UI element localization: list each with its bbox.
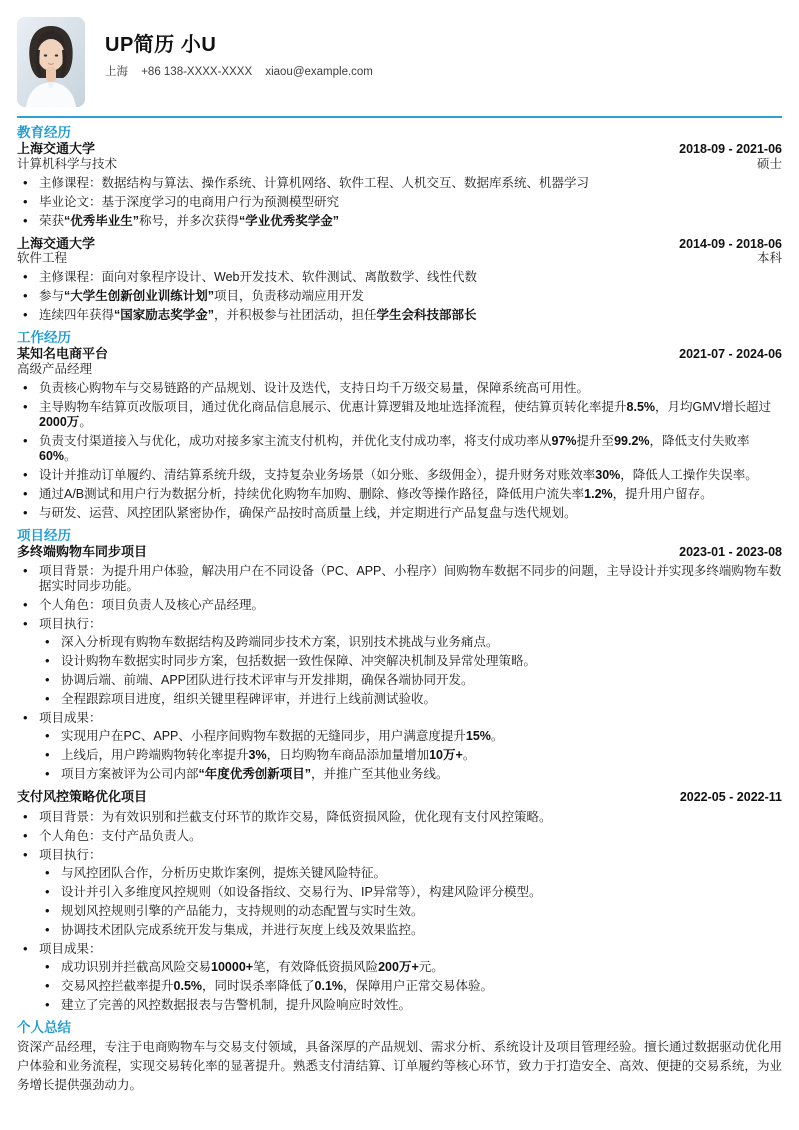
text-segment: 主导购物车结算页改版项目，通过优化商品信息展示、优惠计算逻辑及地址选择流程，使结… (39, 400, 627, 414)
contact-line: 上海 +86 138-XXXX-XXXX xiaou@example.com (105, 65, 373, 79)
entry: 上海交通大学2014-09 - 2018-06软件工程本科主修课程：面向对象程序… (17, 237, 782, 324)
section-title-education: 教育经历 (17, 126, 782, 140)
text-segment: 项目成果： (39, 942, 102, 956)
bullet-item: 项目执行：深入分析现有购物车数据结构及跨端同步技术方案，识别技术挑战与业务痛点。… (17, 617, 782, 707)
section-title-projects: 项目经历 (17, 529, 782, 543)
highlight-text: 30% (595, 468, 620, 482)
entry-title: 上海交通大学 (17, 237, 95, 251)
bullet-list: 负责核心购物车与交易链路的产品规划、设计及迭代，支持日均千万级交易量，保障系统高… (17, 381, 782, 521)
text-segment: 项目执行： (39, 617, 102, 631)
text-segment: 主修课程：面向对象程序设计、Web开发技术、软件测试、离散数学、线性代数 (39, 270, 477, 284)
text-segment: 。 (463, 748, 476, 762)
portrait-illustration (17, 17, 85, 107)
candidate-name: UP简历 小U (105, 34, 373, 56)
text-segment: 与研发、运营、风控团队紧密协作，确保产品按时高质量上线，并定期进行产品复盘与迭代… (39, 506, 577, 520)
text-segment: 交易风控拦截率提升 (61, 979, 174, 993)
bullet-list: 项目背景：为有效识别和拦截支付环节的欺诈交易，降低资损风险，优化现有支付风控策略… (17, 810, 782, 1013)
sub-bullet-item: 设计购物车数据实时同步方案，包括数据一致性保障、冲突解决机制及异常处理策略。 (39, 654, 782, 669)
text-segment: 项目背景：为提升用户体验，解决用户在不同设备（PC、APP、小程序）间购物车数据… (39, 564, 781, 593)
text-segment: 连续四年获得 (39, 308, 114, 322)
text-segment: 建立了完善的风控数据报表与告警机制，提升风险响应时效性。 (61, 998, 411, 1012)
entry: 多终端购物车同步项目2023-01 - 2023-08项目背景：为提升用户体验，… (17, 545, 782, 783)
entry-title: 支付风控策略优化项目 (17, 790, 147, 804)
entry-date: 2021-07 - 2024-06 (679, 348, 782, 362)
bullet-list: 主修课程：数据结构与算法、操作系统、计算机网络、软件工程、人机交互、数据库系统、… (17, 176, 782, 229)
bullet-item: 个人角色：支付产品负责人。 (17, 829, 782, 844)
text-segment: 设计并引入多维度风控规则（如设备指纹、交易行为、IP异常等），构建风险评分模型。 (61, 885, 542, 899)
text-segment: 深入分析现有购物车数据结构及跨端同步技术方案，识别技术挑战与业务痛点。 (61, 635, 499, 649)
text-segment: 上线后，用户跨端购物转化率提升 (61, 748, 249, 762)
text-segment: 个人角色：项目负责人及核心产品经理。 (39, 598, 264, 612)
text-segment: ，同时误杀率降低了 (202, 979, 315, 993)
entry-head: 某知名电商平台2021-07 - 2024-06 (17, 347, 782, 362)
entry-subtitle: 计算机科学与技术 (17, 158, 117, 171)
text-segment: 设计并推动订单履约、清结算系统升级，支持复杂业务场景（如分账、多级佣金），提升财… (39, 468, 595, 482)
sub-bullet-list: 实现用户在PC、APP、小程序间购物车数据的无缝同步，用户满意度提升15%。上线… (39, 729, 782, 782)
highlight-text: 0.5% (174, 979, 203, 993)
sub-bullet-item: 上线后，用户跨端购物转化率提升3%，日均购物车商品添加量增加10万+。 (39, 748, 782, 763)
highlight-text: 10万+ (429, 748, 463, 762)
bullet-item: 与研发、运营、风控团队紧密协作，确保产品按时高质量上线，并定期进行产品复盘与迭代… (17, 506, 782, 521)
entry-date: 2018-09 - 2021-06 (679, 143, 782, 157)
entry-subtitle-row: 软件工程本科 (17, 252, 782, 265)
entry-title: 某知名电商平台 (17, 347, 108, 361)
bullet-item: 项目成果：成功识别并拦截高风险交易10000+笔，有效降低资损风险200万+元。… (17, 942, 782, 1013)
highlight-text: 15% (466, 729, 491, 743)
text-segment: 。 (64, 449, 77, 463)
section-work: 工作经历某知名电商平台2021-07 - 2024-06高级产品经理负责核心购物… (17, 331, 782, 521)
text-segment: 元。 (419, 960, 444, 974)
section-title-work: 工作经历 (17, 331, 782, 345)
text-segment: 荣获 (39, 214, 64, 228)
text-segment: 负责支付渠道接入与优化，成功对接多家主流支付机构，并优化支付成功率，将支付成功率… (39, 434, 552, 448)
text-segment: 项目成果： (39, 711, 102, 725)
text-segment: 项目，负责移动端应用开发 (214, 289, 364, 303)
entry-subtitle: 软件工程 (17, 252, 67, 265)
entry-head: 上海交通大学2018-09 - 2021-06 (17, 142, 782, 157)
text-segment: ，并推广至其他业务线。 (311, 767, 449, 781)
sub-bullet-item: 协调技术团队完成系统开发与集成，并进行灰度上线及效果监控。 (39, 923, 782, 938)
header-text: UP简历 小U 上海 +86 138-XXXX-XXXX xiaou@examp… (105, 17, 373, 107)
highlight-text: 97% (552, 434, 577, 448)
sub-bullet-list: 成功识别并拦截高风险交易10000+笔，有效降低资损风险200万+元。交易风控拦… (39, 960, 782, 1013)
bullet-list: 主修课程：面向对象程序设计、Web开发技术、软件测试、离散数学、线性代数参与“大… (17, 270, 782, 323)
entry-subtitle: 高级产品经理 (17, 363, 92, 376)
text-segment: 通过A/B测试和用户行为数据分析，持续优化购物车加购、删除、修改等操作路径，降低… (39, 487, 584, 501)
text-segment: ，提升用户留存。 (613, 487, 713, 501)
highlight-text: 2000万 (39, 415, 79, 429)
contact-email: xiaou@example.com (265, 66, 373, 78)
highlight-text: “优秀毕业生” (64, 214, 139, 228)
contact-location: 上海 (105, 66, 128, 78)
header-divider (17, 116, 782, 118)
entry: 某知名电商平台2021-07 - 2024-06高级产品经理负责核心购物车与交易… (17, 347, 782, 521)
bullet-item: 负责支付渠道接入与优化，成功对接多家主流支付机构，并优化支付成功率，将支付成功率… (17, 434, 782, 464)
highlight-text: 1.2% (584, 487, 613, 501)
text-segment: ，月均GMV增长超过 (655, 400, 771, 414)
sub-bullet-item: 设计并引入多维度风控规则（如设备指纹、交易行为、IP异常等），构建风险评分模型。 (39, 885, 782, 900)
entry-date: 2014-09 - 2018-06 (679, 238, 782, 252)
text-segment: 主修课程：数据结构与算法、操作系统、计算机网络、软件工程、人机交互、数据库系统、… (39, 176, 589, 190)
sub-bullet-item: 建立了完善的风控数据报表与告警机制，提升风险响应时效性。 (39, 998, 782, 1013)
entry-subtitle-row: 计算机科学与技术硕士 (17, 158, 782, 171)
highlight-text: 0.1% (315, 979, 344, 993)
text-segment: 协调后端、前端、APP团队进行技术评审与开发排期，确保各端协同开发。 (61, 673, 474, 687)
text-segment: 负责核心购物车与交易链路的产品规划、设计及迭代，支持日均千万级交易量，保障系统高… (39, 381, 589, 395)
resume-body: 教育经历上海交通大学2018-09 - 2021-06计算机科学与技术硕士主修课… (17, 126, 782, 1095)
entry-head: 上海交通大学2014-09 - 2018-06 (17, 237, 782, 252)
text-segment: 称号，并多次获得 (139, 214, 239, 228)
bullet-item: 项目执行：与风控团队合作，分析历史欺诈案例，提炼关键风险特征。设计并引入多维度风… (17, 848, 782, 938)
bullet-item: 主修课程：面向对象程序设计、Web开发技术、软件测试、离散数学、线性代数 (17, 270, 782, 285)
contact-phone: +86 138-XXXX-XXXX (141, 66, 252, 78)
text-segment: 提升至 (577, 434, 615, 448)
text-segment: 个人角色：支付产品负责人。 (39, 829, 202, 843)
entry-subtitle-row: 高级产品经理 (17, 363, 782, 376)
sub-bullet-list: 与风控团队合作，分析历史欺诈案例，提炼关键风险特征。设计并引入多维度风控规则（如… (39, 866, 782, 938)
text-segment: 规划风控规则引擎的产品能力，支持规则的动态配置与实时生效。 (61, 904, 424, 918)
entry: 支付风控策略优化项目2022-05 - 2022-11项目背景：为有效识别和拦截… (17, 790, 782, 1013)
highlight-text: 学生会科技部部长 (377, 308, 477, 322)
highlight-text: “大学生创新创业训练计划” (64, 289, 214, 303)
bullet-item: 项目成果：实现用户在PC、APP、小程序间购物车数据的无缝同步，用户满意度提升1… (17, 711, 782, 782)
bullet-item: 设计并推动订单履约、清结算系统升级，支持复杂业务场景（如分账、多级佣金），提升财… (17, 468, 782, 483)
bullet-item: 主修课程：数据结构与算法、操作系统、计算机网络、软件工程、人机交互、数据库系统、… (17, 176, 782, 191)
text-segment: ，保障用户正常交易体验。 (343, 979, 493, 993)
text-segment: 与风控团队合作，分析历史欺诈案例，提炼关键风险特征。 (61, 866, 386, 880)
bullet-item: 参与“大学生创新创业训练计划”项目，负责移动端应用开发 (17, 289, 782, 304)
text-segment: ，降低人工操作失误率。 (620, 468, 758, 482)
resume-header: UP简历 小U 上海 +86 138-XXXX-XXXX xiaou@examp… (17, 17, 782, 107)
bullet-item: 毕业论文：基于深度学习的电商用户行为预测模型研究 (17, 195, 782, 210)
highlight-text: “年度优秀创新项目” (199, 767, 312, 781)
entry-subtitle-right: 本科 (757, 252, 782, 265)
sub-bullet-list: 深入分析现有购物车数据结构及跨端同步技术方案，识别技术挑战与业务痛点。设计购物车… (39, 635, 782, 707)
sub-bullet-item: 全程跟踪项目进度，组织关键里程碑评审，并进行上线前测试验收。 (39, 692, 782, 707)
text-segment: 毕业论文：基于深度学习的电商用户行为预测模型研究 (39, 195, 339, 209)
highlight-text: 60% (39, 449, 64, 463)
entry-head: 支付风控策略优化项目2022-05 - 2022-11 (17, 790, 782, 805)
text-segment: 协调技术团队完成系统开发与集成，并进行灰度上线及效果监控。 (61, 923, 424, 937)
entry-head: 多终端购物车同步项目2023-01 - 2023-08 (17, 545, 782, 560)
highlight-text: 3% (249, 748, 267, 762)
profile-photo (17, 17, 85, 107)
text-segment: 项目执行： (39, 848, 102, 862)
sub-bullet-item: 深入分析现有购物车数据结构及跨端同步技术方案，识别技术挑战与业务痛点。 (39, 635, 782, 650)
text-segment: 笔，有效降低资损风险 (253, 960, 378, 974)
text-segment: 成功识别并拦截高风险交易 (61, 960, 211, 974)
bullet-item: 个人角色：项目负责人及核心产品经理。 (17, 598, 782, 613)
highlight-text: “国家励志奖学金” (114, 308, 214, 322)
sub-bullet-item: 与风控团队合作，分析历史欺诈案例，提炼关键风险特征。 (39, 866, 782, 881)
sub-bullet-item: 交易风控拦截率提升0.5%，同时误杀率降低了0.1%，保障用户正常交易体验。 (39, 979, 782, 994)
sub-bullet-item: 项目方案被评为公司内部“年度优秀创新项目”，并推广至其他业务线。 (39, 767, 782, 782)
bullet-item: 荣获“优秀毕业生”称号，并多次获得“学业优秀奖学金” (17, 214, 782, 229)
sub-bullet-item: 实现用户在PC、APP、小程序间购物车数据的无缝同步，用户满意度提升15%。 (39, 729, 782, 744)
text-segment: 。 (79, 415, 92, 429)
bullet-list: 项目背景：为提升用户体验，解决用户在不同设备（PC、APP、小程序）间购物车数据… (17, 564, 782, 782)
text-segment: 设计购物车数据实时同步方案，包括数据一致性保障、冲突解决机制及异常处理策略。 (61, 654, 536, 668)
entry-title: 多终端购物车同步项目 (17, 545, 147, 559)
summary-paragraph: 资深产品经理，专注于电商购物车与交易支付领域，具备深厚的产品规划、需求分析、系统… (17, 1038, 782, 1095)
text-segment: ，日均购物车商品添加量增加 (267, 748, 430, 762)
entry-date: 2023-01 - 2023-08 (679, 546, 782, 560)
bullet-item: 项目背景：为提升用户体验，解决用户在不同设备（PC、APP、小程序）间购物车数据… (17, 564, 782, 594)
bullet-item: 负责核心购物车与交易链路的产品规划、设计及迭代，支持日均千万级交易量，保障系统高… (17, 381, 782, 396)
highlight-text: 10000+ (211, 960, 253, 974)
bullet-item: 通过A/B测试和用户行为数据分析，持续优化购物车加购、删除、修改等操作路径，降低… (17, 487, 782, 502)
text-segment: 。 (491, 729, 504, 743)
sub-bullet-item: 成功识别并拦截高风险交易10000+笔，有效降低资损风险200万+元。 (39, 960, 782, 975)
text-segment: ，降低支付失败率 (650, 434, 750, 448)
entry-date: 2022-05 - 2022-11 (680, 791, 782, 805)
sub-bullet-item: 规划风控规则引擎的产品能力，支持规则的动态配置与实时生效。 (39, 904, 782, 919)
section-title-summary: 个人总结 (17, 1021, 782, 1035)
highlight-text: “学业优秀奖学金” (239, 214, 339, 228)
text-segment: 项目方案被评为公司内部 (61, 767, 199, 781)
bullet-item: 连续四年获得“国家励志奖学金”，并积极参与社团活动，担任学生会科技部部长 (17, 308, 782, 323)
sub-bullet-item: 协调后端、前端、APP团队进行技术评审与开发排期，确保各端协同开发。 (39, 673, 782, 688)
bullet-item: 项目背景：为有效识别和拦截支付环节的欺诈交易，降低资损风险，优化现有支付风控策略… (17, 810, 782, 825)
entry: 上海交通大学2018-09 - 2021-06计算机科学与技术硕士主修课程：数据… (17, 142, 782, 229)
text-segment: 全程跟踪项目进度，组织关键里程碑评审，并进行上线前测试验收。 (61, 692, 436, 706)
resume-page: UP简历 小U 上海 +86 138-XXXX-XXXX xiaou@examp… (0, 0, 799, 1130)
text-segment: ，并积极参与社团活动，担任 (214, 308, 377, 322)
highlight-text: 200万+ (378, 960, 419, 974)
entry-subtitle-right: 硕士 (757, 158, 782, 171)
section-projects: 项目经历多终端购物车同步项目2023-01 - 2023-08项目背景：为提升用… (17, 529, 782, 1013)
highlight-text: 8.5% (627, 400, 656, 414)
text-segment: 参与 (39, 289, 64, 303)
text-segment: 项目背景：为有效识别和拦截支付环节的欺诈交易，降低资损风险，优化现有支付风控策略… (39, 810, 552, 824)
bullet-item: 主导购物车结算页改版项目，通过优化商品信息展示、优惠计算逻辑及地址选择流程，使结… (17, 400, 782, 430)
section-summary: 个人总结资深产品经理，专注于电商购物车与交易支付领域，具备深厚的产品规划、需求分… (17, 1021, 782, 1095)
entry-title: 上海交通大学 (17, 142, 95, 156)
highlight-text: 99.2% (614, 434, 649, 448)
section-education: 教育经历上海交通大学2018-09 - 2021-06计算机科学与技术硕士主修课… (17, 126, 782, 323)
text-segment: 实现用户在PC、APP、小程序间购物车数据的无缝同步，用户满意度提升 (61, 729, 466, 743)
